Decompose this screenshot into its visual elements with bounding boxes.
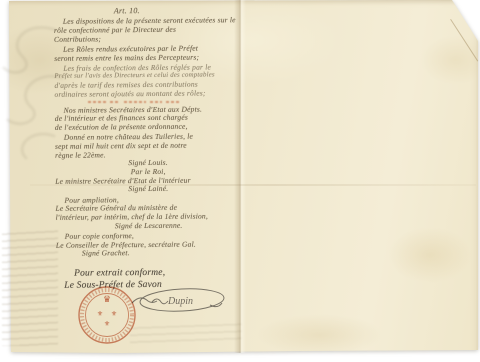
manuscript-text-block: Art. 10. Les dispositions de la présente… bbox=[54, 6, 242, 292]
manuscript-line: seront remis entre les mains des Percept… bbox=[54, 53, 240, 63]
document-scan: Art. 10. Les dispositions de la présente… bbox=[0, 0, 480, 362]
crown-icon: ♛ bbox=[103, 294, 111, 304]
fleur-de-lis-icon: ⚜ bbox=[97, 310, 103, 318]
signature-flourish: Dupin bbox=[130, 281, 226, 319]
fold-line bbox=[234, 0, 246, 353]
manuscript-line: Contributions; bbox=[54, 34, 240, 44]
manuscript-line: de l'exécution de la présente ordonnance… bbox=[55, 122, 241, 132]
manuscript-line: ordinaires seront ajoutés au montant des… bbox=[54, 89, 240, 99]
sub-prefecture-stamp: ♛ ⚜ ⚜ ⚜ bbox=[77, 285, 139, 347]
fleur-de-lis-icon: ⚜ bbox=[104, 320, 110, 328]
signature-line-lescarenne: Signé de Lescarenne. bbox=[56, 221, 242, 231]
signature-line-laine: Signé Lainé. bbox=[55, 185, 241, 195]
signature-line-grachet: Signé Grachet. bbox=[56, 248, 242, 258]
horizontal-crease bbox=[30, 184, 476, 186]
signature-dupin: Dupin bbox=[167, 296, 193, 307]
fleur-de-lis-icon: ⚜ bbox=[111, 310, 117, 318]
